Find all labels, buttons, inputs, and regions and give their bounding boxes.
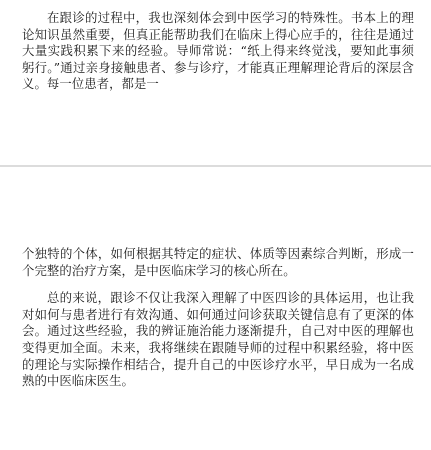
- paragraph-conclusion: 总的来说，跟诊不仅让我深入理解了中医四诊的具体运用，也让我对如何与患者进行有效沟…: [22, 290, 414, 390]
- document-page-1: 在跟诊的过程中，我也深刻体会到中医学习的特殊性。书本上的理论知识虽然重要，但真正…: [0, 0, 431, 165]
- paragraph-continuation: 个独特的个体，如何根据其特定的症状、体质等因素综合判断，形成一个完整的治疗方案，…: [22, 246, 414, 279]
- page-2-text: 个独特的个体，如何根据其特定的症状、体质等因素综合判断，形成一个完整的治疗方案，…: [22, 246, 414, 390]
- paragraph-practice-experience: 在跟诊的过程中，我也深刻体会到中医学习的特殊性。书本上的理论知识虽然重要，但真正…: [22, 10, 414, 93]
- page-1-text: 在跟诊的过程中，我也深刻体会到中医学习的特殊性。书本上的理论知识虽然重要，但真正…: [22, 10, 414, 93]
